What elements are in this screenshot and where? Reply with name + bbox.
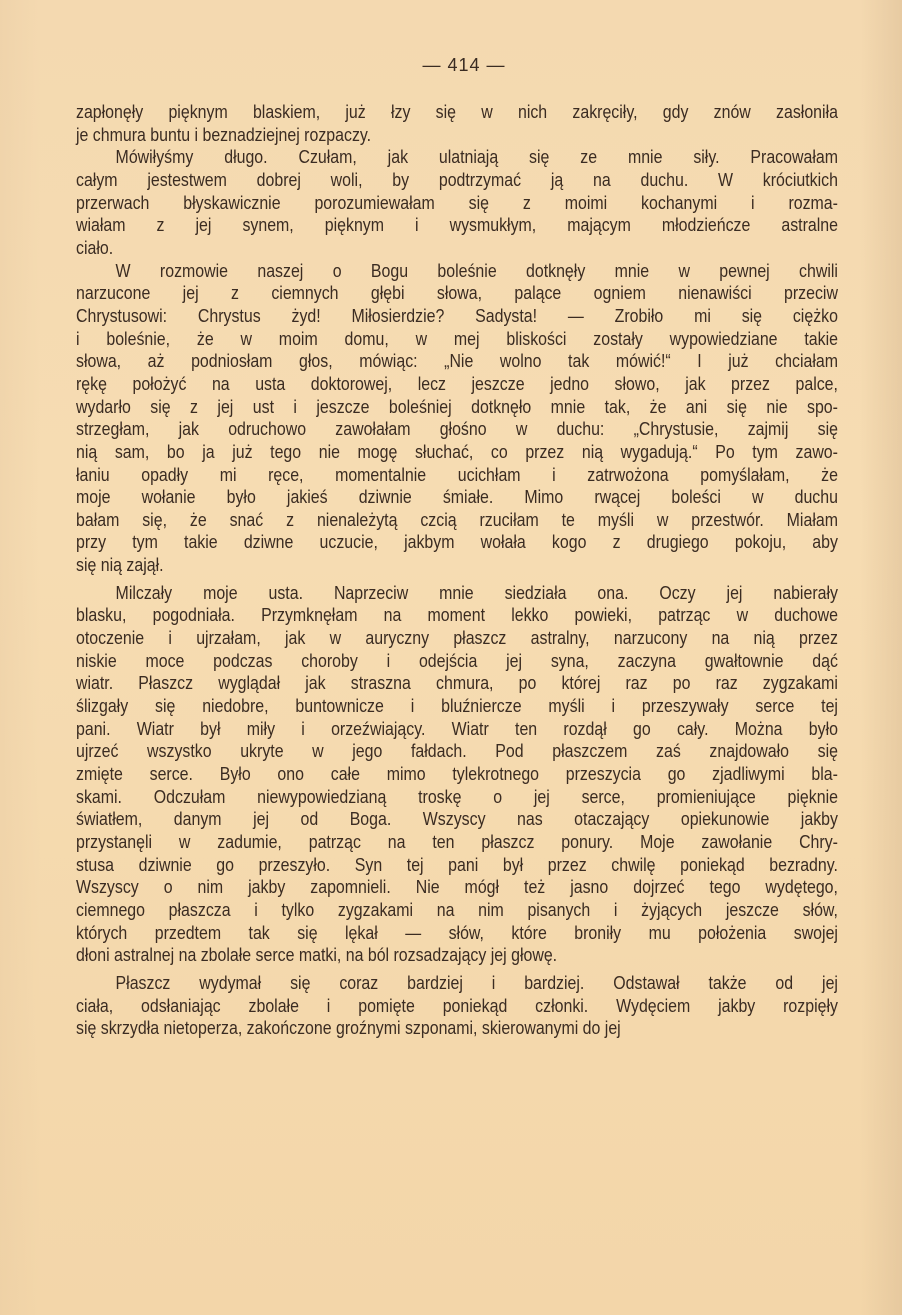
text-line: ujrzeć wszystko ukryte w jego fałdach. P… — [76, 740, 838, 763]
text-line: blasku, pogodniała. Przymknęłam na momen… — [76, 604, 838, 627]
text-line: łaniu opadły mi ręce, momentalnie ucichł… — [76, 464, 838, 487]
text-line: Płaszcz wydymał się coraz bardziej i bar… — [76, 972, 838, 995]
text-line: całym jestestwem dobrej woli, by podtrzy… — [76, 169, 838, 192]
text-line: ciała, odsłaniając zbolałe i pomięte pon… — [76, 995, 838, 1018]
text-line: Chrystusowi: Chrystus żyd! Miłosierdzie?… — [76, 305, 838, 328]
text-line: wydarło się z jej ust i jeszcze boleśnie… — [76, 396, 838, 419]
text-line: rękę położyć na usta doktorowej, lecz je… — [76, 373, 838, 396]
text-line: narzucone jej z ciemnych głębi słowa, pa… — [76, 282, 838, 305]
text-line: otoczenie i ujrzałam, jak w auryczny pła… — [76, 627, 838, 650]
text-line: ślizgały się niedobre, buntownicze i blu… — [76, 695, 838, 718]
paragraph: Płaszcz wydymał się coraz bardziej i bar… — [76, 972, 838, 1040]
text-line: niskie moce podczas choroby i odejścia j… — [76, 650, 838, 673]
text-line: je chmura buntu i beznadziejnej rozpaczy… — [76, 124, 838, 147]
text-line: wiałam z jej synem, pięknym i wysmukłym,… — [76, 214, 838, 237]
text-line: się nią zajął. — [76, 554, 838, 577]
text-line: Milczały moje usta. Naprzeciw mnie siedz… — [76, 582, 838, 605]
text-line: słowa, aż podniosłam głos, mówiąc: „Nie … — [76, 350, 838, 373]
paragraph: W rozmowie naszej o Bogu boleśnie dotknę… — [76, 260, 838, 577]
paragraph: zapłonęły pięknym blaskiem, już łzy się … — [76, 101, 838, 146]
paragraph: Milczały moje usta. Naprzeciw mnie siedz… — [76, 582, 838, 967]
paragraph: Mówiłyśmy długo. Czułam, jak ulatniają s… — [76, 146, 838, 259]
text-line: których przedtem tak się lękał — słów, k… — [76, 922, 838, 945]
text-line: ciało. — [76, 237, 838, 260]
text-line: pani. Wiatr był miły i orzeźwiający. Wia… — [76, 718, 838, 741]
text-line: skami. Odczułam niewypowiedzianą troskę … — [76, 786, 838, 809]
text-line: ciemnego płaszcza i tylko zygzakami na n… — [76, 899, 838, 922]
text-line: zmięte serce. Było ono całe mimo tylekro… — [76, 763, 838, 786]
text-line: i boleśnie, że w moim domu, w mej blisko… — [76, 328, 838, 351]
text-line: Wszyscy o nim jakby zapomnieli. Nie mógł… — [76, 876, 838, 899]
text-line: przystanęli w zadumie, patrząc na ten pł… — [76, 831, 838, 854]
text-line: W rozmowie naszej o Bogu boleśnie dotknę… — [76, 260, 838, 283]
page-number-text: — 414 — — [422, 55, 505, 76]
text-line: się skrzydła nietoperza, zakończone groź… — [76, 1017, 838, 1040]
text-line: zapłonęły pięknym blaskiem, już łzy się … — [76, 101, 838, 124]
page-body-text: zapłonęły pięknym blaskiem, już łzy się … — [76, 101, 838, 1040]
text-line: stusa dziwnie go przeszyło. Syn tej pani… — [76, 854, 838, 877]
text-line: Mówiłyśmy długo. Czułam, jak ulatniają s… — [76, 146, 838, 169]
book-page: — 414 — zapłonęły pięknym blaskiem, już … — [76, 55, 838, 1040]
text-line: dłoni astralnej na zbolałe serce matki, … — [76, 944, 838, 967]
text-line: przerwach błyskawicznie porozumiewałam s… — [76, 192, 838, 215]
text-line: nią sam, bo ja już tego nie mogę słuchać… — [76, 441, 838, 464]
text-line: wiatr. Płaszcz wyglądał jak straszna chm… — [76, 672, 838, 695]
text-line: przy tym takie dziwne uczucie, jakbym wo… — [76, 531, 838, 554]
page-number: — 414 — — [90, 55, 838, 83]
text-line: moje wołanie było jakieś dziwnie śmiałe.… — [76, 486, 838, 509]
text-line: bałam się, że snać z nienależytą czcią r… — [76, 509, 838, 532]
text-line: strzegłam, jak odruchowo zawołałam głośn… — [76, 418, 838, 441]
text-line: światłem, danym jej od Boga. Wszyscy nas… — [76, 808, 838, 831]
